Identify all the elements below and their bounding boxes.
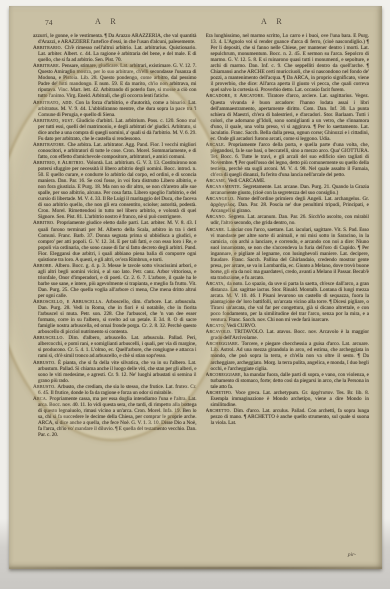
entry-headword: Arbusto. [33,384,57,390]
entry-headword: Arbuscello. [33,335,68,341]
dictionary-entry: Arbitrario. Ch'è rimesso nell'altrui arb… [33,45,197,63]
dictionary-entry: Arbitrato, sust. Giudicio d'arbitri. Lat… [33,118,197,142]
dictionary-entry: azzurri, le gonne, e le vestimenta. ¶ Da… [33,33,197,45]
page-number: 74 [45,18,53,27]
entry-headword: Arcavolo. [206,329,235,335]
dictionary-entry: Arcoreggiare, ha mandar fuora, dalle par… [206,372,370,390]
dictionary-entry: Archetto. Dim. d'arco. Lat. arculus. Pal… [206,408,370,426]
entry-headword: Arbitro. [33,220,57,226]
dictionary-entry: Arbitrato, add. Con la forza d'arbitrio,… [33,100,197,118]
catchword: pir- [348,552,356,558]
running-head-left: A R [95,17,120,26]
entry-headword: Arcano. [206,214,229,220]
entry-headword: Arcadore, e Arcatore. [206,93,268,99]
dictionary-entry: Arcano. Segreto. Lat. arcanum. Dan. Par.… [206,214,370,226]
dictionary-entry: Arcavolo. TRITAVOLO. Lat. atavus. Bocc. … [206,329,370,341]
dictionary-entry: Archetipo. Voce greca. Lat. archetypum. … [206,390,370,408]
text-columns: azzurri, le gonne, e le vestimenta. ¶ Da… [33,33,369,559]
entry-headword: Arcoreggiare, [206,372,244,378]
entry-headword: Arbitrato, sust. [33,118,76,124]
entry-headword: Arca. [33,396,49,402]
entry-headword: Arbore. [33,263,55,269]
entry-headword: Arcale. [206,142,229,148]
dictionary-entry: Arcata, da noto. Lo spazio, da uve si pa… [206,281,370,323]
dictionary-entry: Arcanamente. Segretamente. Lat. arcane. … [206,184,370,196]
dictionary-entry: Arboscello, e Arbuscella. Arboscello, di… [33,299,197,335]
entry-headword: Arcare. [206,227,228,233]
book-page: 74 A R A R azzurri, le gonne, e le vesti… [9,6,382,569]
entry-headword: Arcangelo. [206,196,237,202]
entry-headword: Arbitrare. [33,63,62,69]
dictionary-entry: Arcare. Lanciar con l'arco, saettare. La… [206,227,370,281]
text-column-left: azzurri, le gonne, e le vestimenta. ¶ Da… [33,33,197,559]
entry-headword: Archetipo. [206,390,236,396]
dictionary-entry: Arca. Propriamente cassa, ma per essa do… [33,396,197,438]
entry-headword: Arcanamente. [206,184,244,190]
entry-headword: Arbitrio, e Albitrio. [33,160,86,166]
running-head-right: A R [261,17,286,26]
dictionary-entry: Era lunghissimo, nel marmo scritto, Lo c… [206,33,370,93]
page-header: 74 A R A R [9,17,382,31]
text-column-right: Era lunghissimo, nel marmo scritto, Lo c… [206,33,370,559]
dictionary-entry: Arbore. Albero. Bocc. g. 4. p. 3. Messe … [33,263,197,299]
entry-headword: Archetto. [206,408,234,414]
dictionary-entry: Arcale. Propriamente l'arco della porta,… [206,142,370,178]
dictionary-entry: Arbuscello. Dim. d'albero, arbuscello. L… [33,335,197,359]
dictionary-entry: Arbitratore. Che arbitra. Lat. arbitrato… [33,142,197,160]
entry-headword: Archeggiare. [206,341,242,347]
entry-headword: Arbusto. [33,360,58,366]
dictionary-entry: Arbitro. Propriamente giudice eletto dal… [33,220,197,262]
entry-headword: Arbitratore. [33,142,67,148]
entry-headword: Arbitrario. [33,45,65,51]
dictionary-entry: Arcadore, e Arcatore. Tiratore d'arco, a… [206,93,370,141]
page-bottom-edge [9,567,382,569]
dictionary-entry: Arbusto. È pianta, che si fa della vite … [33,360,197,384]
entry-headword: Arboscello, e Arbuscella. [33,299,106,305]
dictionary-entry: Arbitrio, e Albitrio. Volontà. Lat. arbi… [33,160,197,220]
dictionary-entry: Arbusto. Arbusto, che crediam, che sia l… [33,384,197,396]
entry-headword: Arcata, [206,281,227,287]
dictionary-entry: Arbitrare. Pensare, stimare, giudicare. … [33,63,197,99]
entry-headword: Arbitrato, add. [33,100,75,106]
scanned-book-photo: { "page": { "number": "74", "running_hea… [0,0,390,589]
dictionary-entry: Archeggiare. Torcere, e piegare checches… [206,341,370,371]
dictionary-entry: Arcangelo. Nome dell'ordine primiero deg… [206,196,370,214]
